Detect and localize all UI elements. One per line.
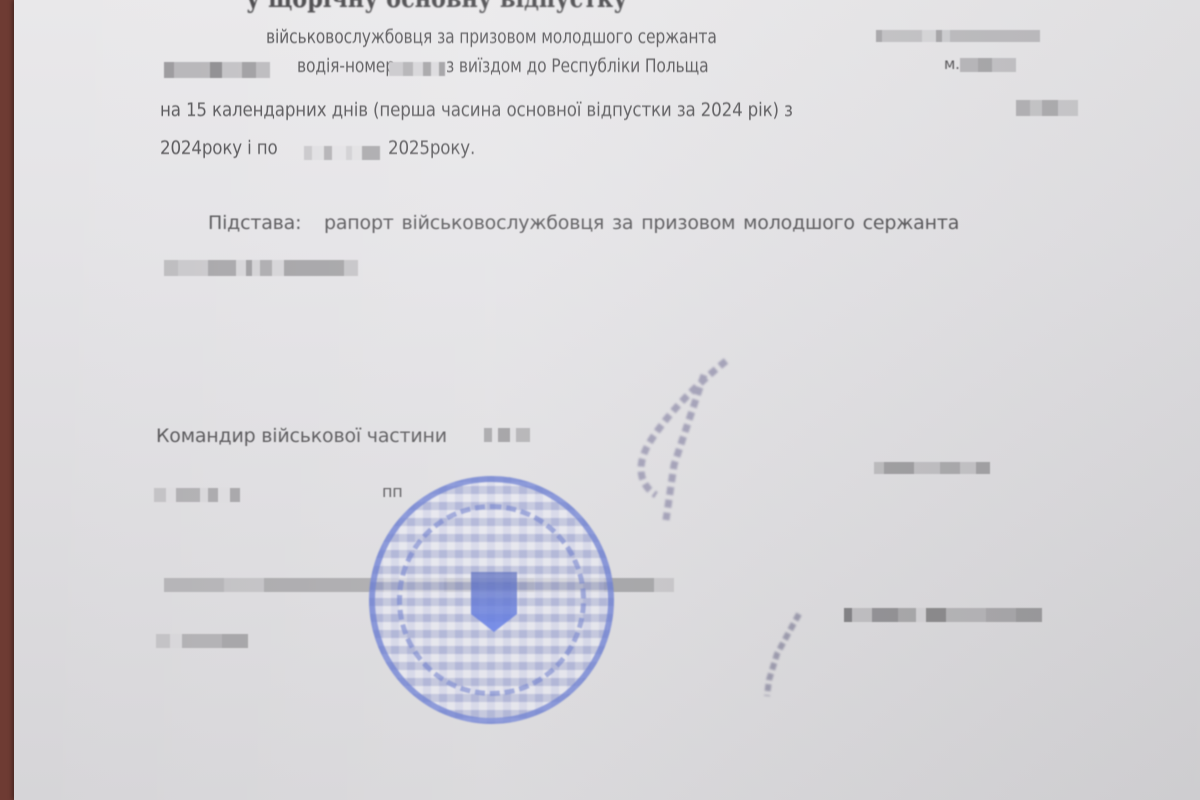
redacted-soldier-name [876, 30, 1040, 42]
redacted-destination-city [960, 58, 1016, 72]
redacted-basis-soldier-name [164, 260, 358, 276]
paragraph-line-2-destination: з виїздом до Республіки Польща [446, 55, 708, 77]
signer-signature [759, 610, 839, 700]
redacted-start-date [1016, 100, 1078, 116]
document-heading: у щорічну основну відпустку [246, 0, 628, 14]
redacted-signer-name [844, 608, 1042, 622]
redacted-reg-number [156, 634, 248, 648]
paragraph-line-2-position: водія-номер [297, 55, 395, 77]
paragraph-line-1: військовослужбовця за призовом молодшого… [266, 26, 717, 48]
basis-text: рапорт військовослужбовця за призовом мо… [324, 212, 959, 234]
basis-label: Підстава: [208, 212, 301, 234]
city-prefix: м. [944, 55, 960, 73]
redacted-unit-position-number [389, 62, 445, 76]
redacted-unit-number [484, 428, 530, 442]
pp-label: пп [382, 482, 403, 501]
paragraph-line-4-start: 2024року і по [160, 137, 278, 159]
redacted-end-date [304, 146, 380, 160]
commander-signature [626, 355, 746, 535]
commander-label: Командир військової частини [156, 425, 447, 447]
paragraph-line-3: на 15 календарних днів (перша часина осн… [160, 99, 793, 121]
redacted-commander-name [874, 462, 990, 474]
redacted-commander-rank [154, 488, 240, 502]
document-page: у щорічну основну відпустку військовослу… [14, 0, 1200, 800]
paragraph-line-4-end: 2025року. [388, 137, 475, 159]
redacted-soldier-patronymic [164, 62, 270, 78]
official-stamp [369, 476, 614, 724]
